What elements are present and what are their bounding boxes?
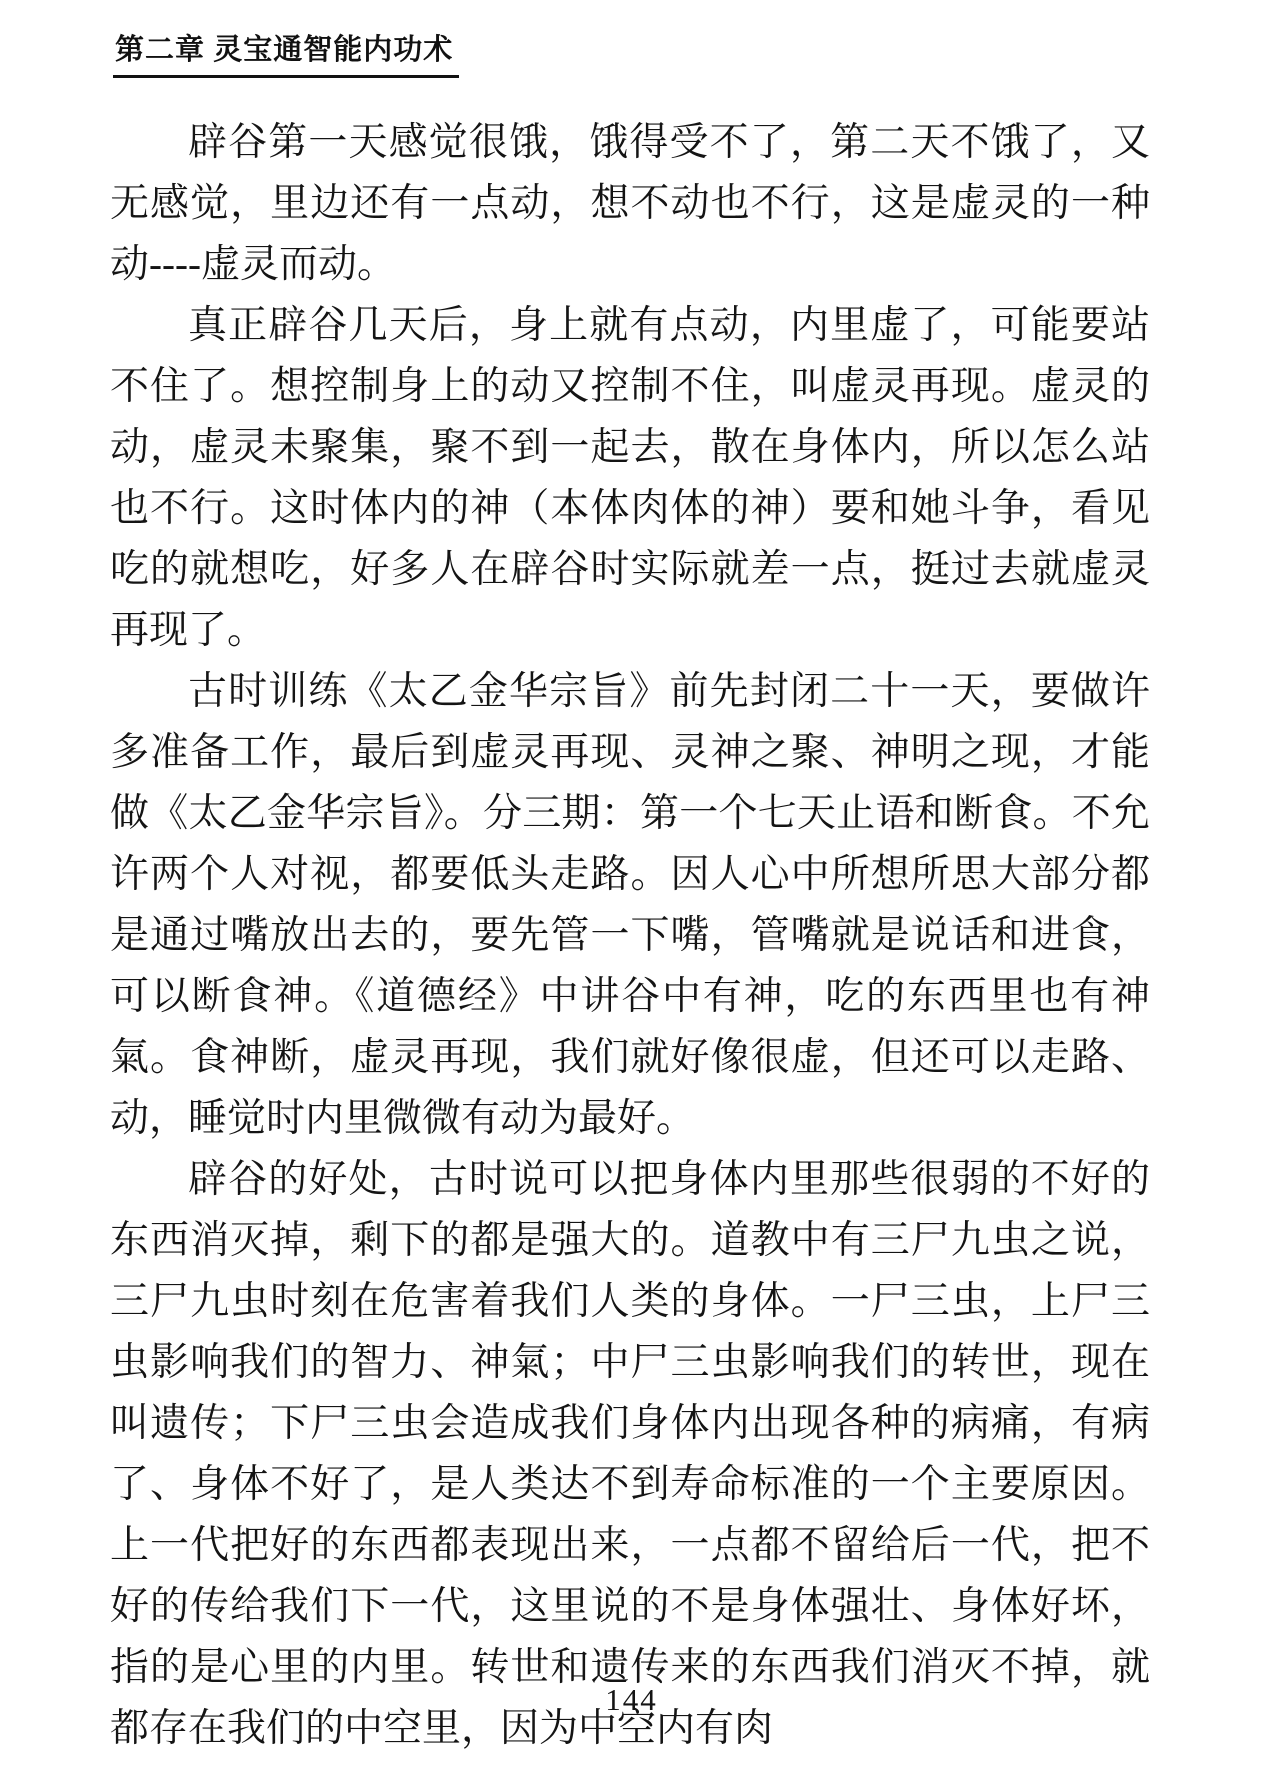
body-paragraph: 真正辟谷几天后，身上就有点动，内里虚了，可能要站不住了。想控制身上的动又控制不住…: [110, 295, 1150, 661]
body-paragraph: 辟谷的好处，古时说可以把身体内里那些很弱的不好的东西消灭掉，剩下的都是强大的。道…: [110, 1149, 1150, 1759]
body-paragraph: 古时训练《太乙金华宗旨》前先封闭二十一天，要做许多准备工作，最后到虚灵再现、灵神…: [110, 661, 1150, 1149]
book-page: 第二章 灵宝通智能内功术 辟谷第一天感觉很饿，饿得受不了，第二天不饿了，又无感觉…: [0, 0, 1263, 1789]
running-head-chapter-title: 第二章 灵宝通智能内功术: [113, 27, 459, 78]
body-paragraph: 辟谷第一天感觉很饿，饿得受不了，第二天不饿了，又无感觉，里边还有一点动，想不动也…: [110, 112, 1150, 295]
body-text: 辟谷第一天感觉很饿，饿得受不了，第二天不饿了，又无感觉，里边还有一点动，想不动也…: [110, 112, 1150, 1759]
page-number: 144: [0, 1682, 1263, 1718]
